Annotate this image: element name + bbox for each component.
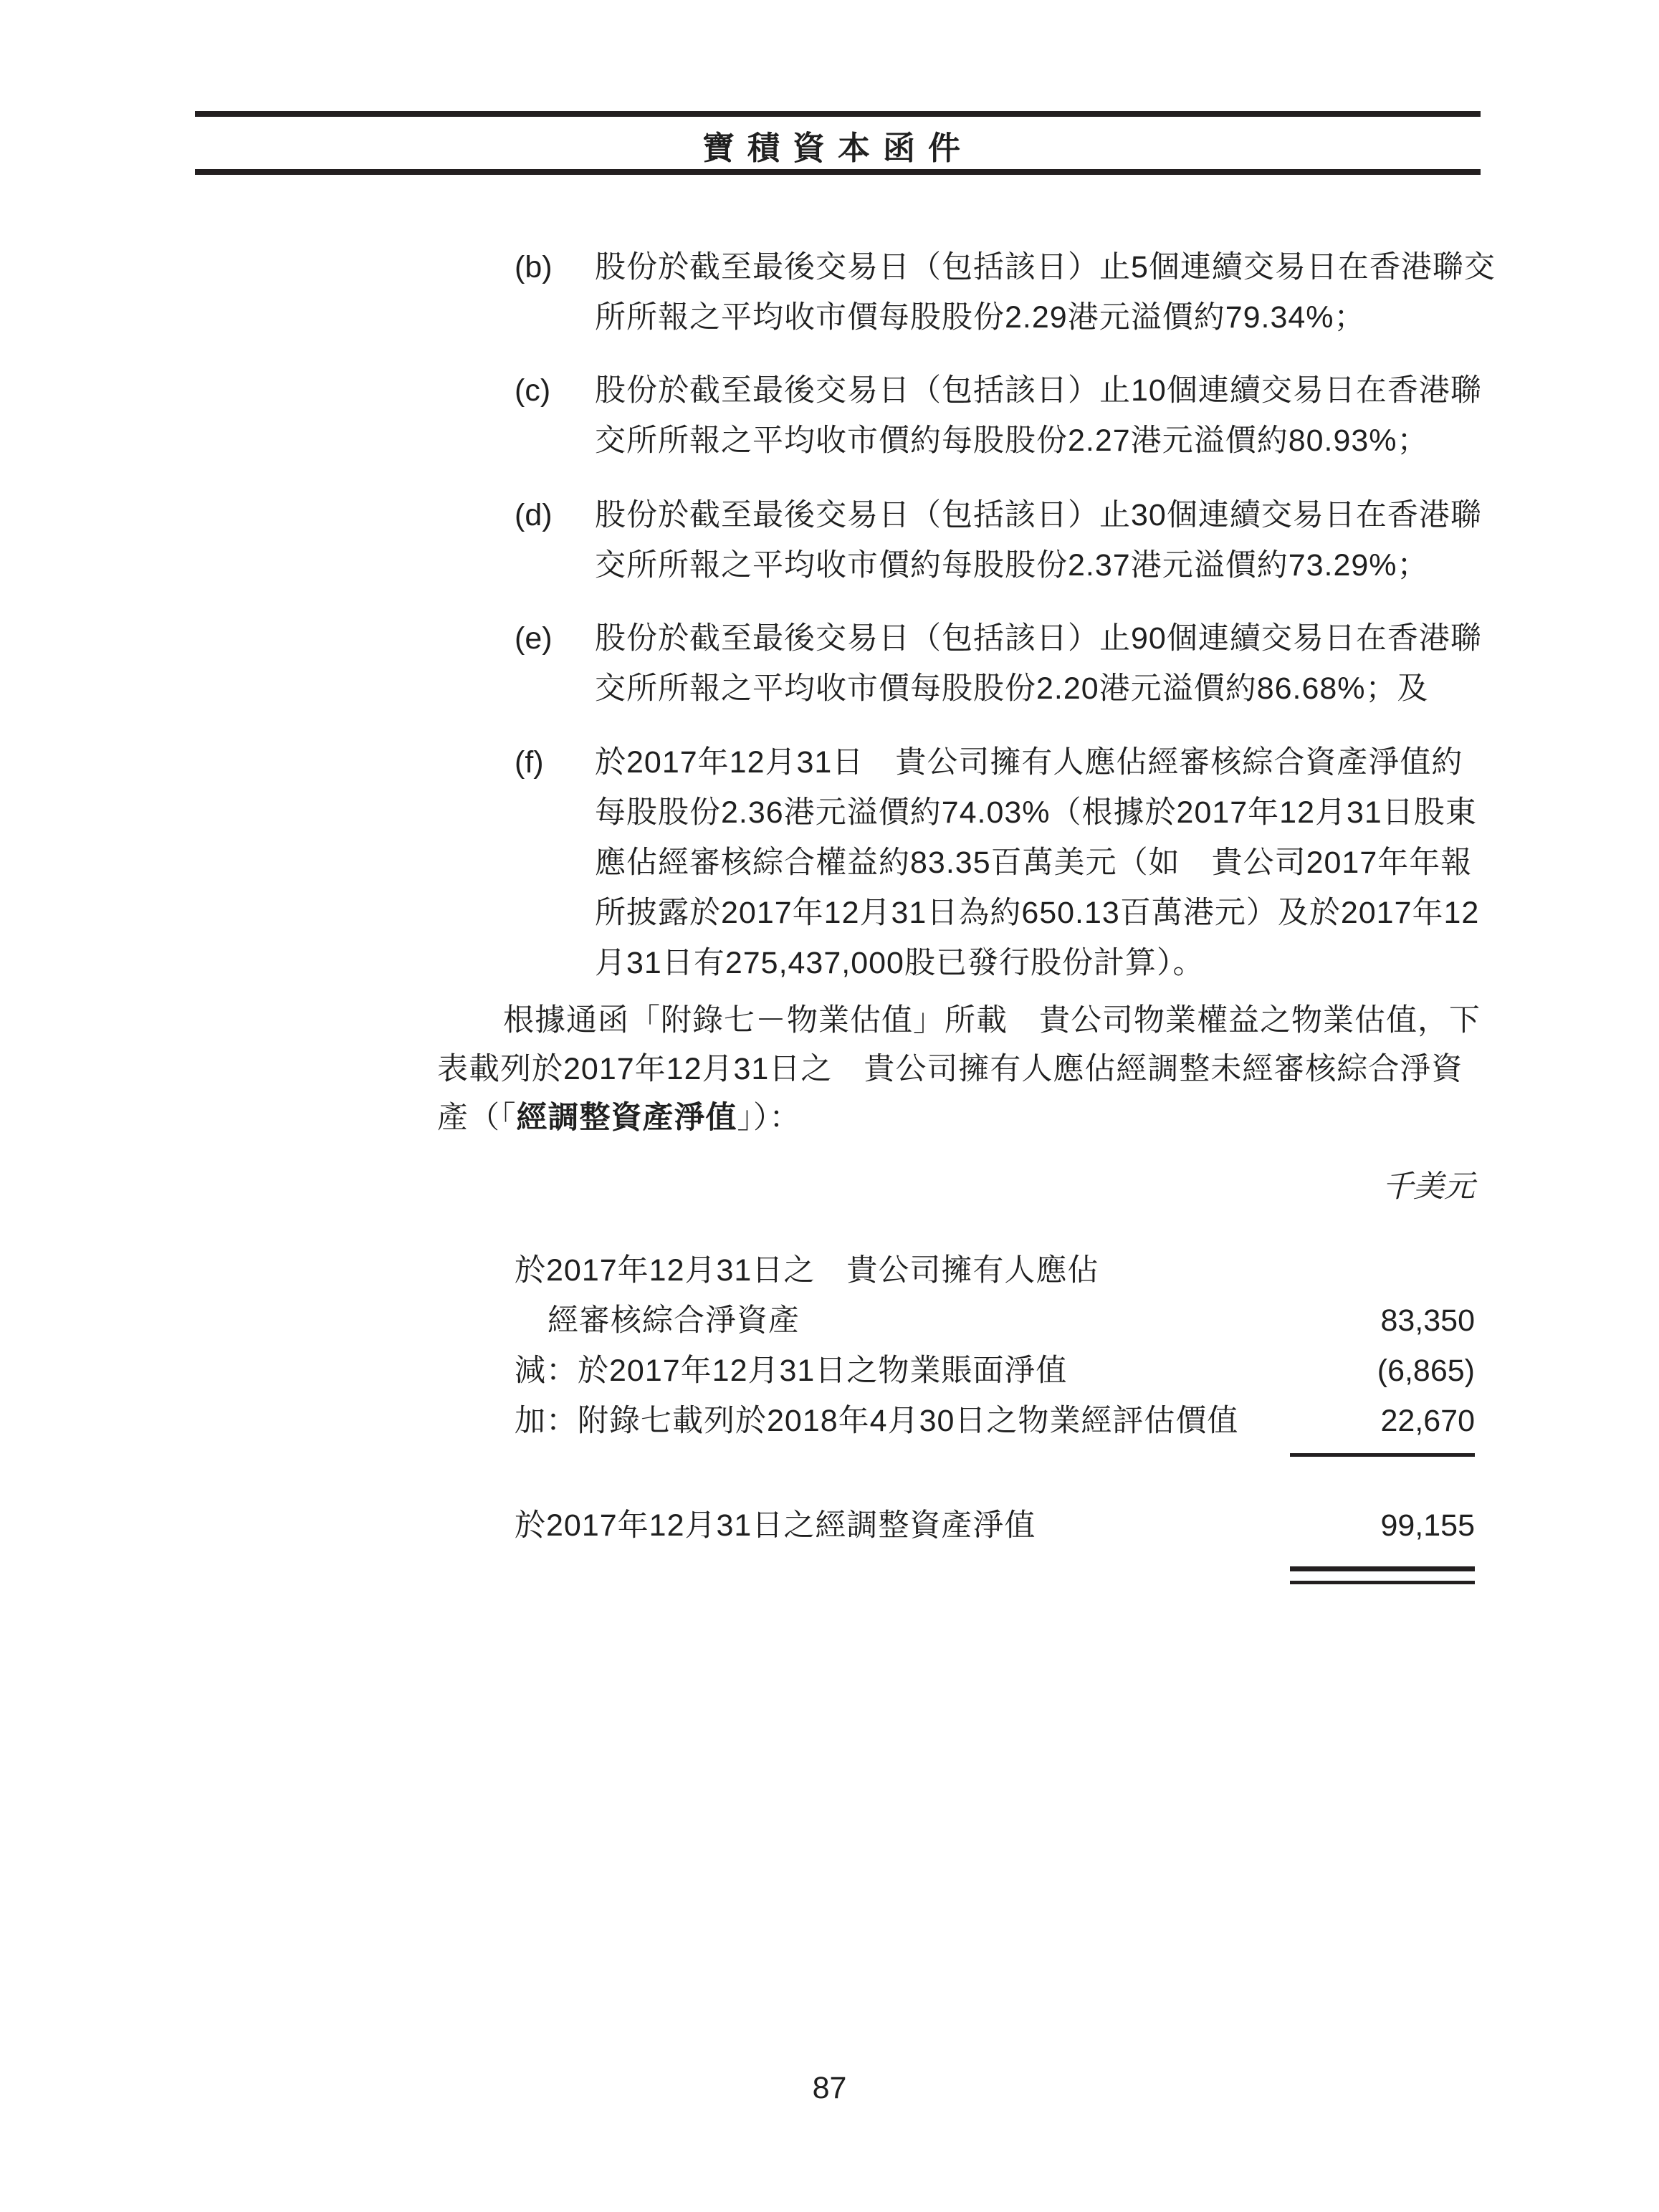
intro-paragraph-text: 」）： bbox=[737, 1101, 801, 1135]
list-item-line: 月31日有275,437,000股已發行股份計算）。 bbox=[595, 938, 1479, 988]
table-row-label: 於2017年12月31日之 貴公司擁有人應佔 bbox=[515, 1248, 1099, 1293]
list-item-line: 所披露於2017年12月31日為約650.13百萬港元）及於2017年12 bbox=[595, 888, 1479, 938]
table-row-label: 加：附錄七載列於2018年4月30日之物業經評估價值 bbox=[515, 1399, 1238, 1443]
list-item-line: 每股股份2.36港元溢價約74.03%（根據於2017年12月31日股東 bbox=[595, 787, 1479, 838]
list-item-line: 股份於截至最後交易日（包括該日）止10個連續交易日在香港聯 bbox=[595, 365, 1482, 416]
table-row-value-total: 99,155 bbox=[1218, 1503, 1475, 1548]
intro-paragraph: 根據通函「附錄七－物業估值」所載 貴公司物業權益之物業估值，下 表載列於2017… bbox=[437, 996, 1476, 1142]
table-total-double-rule-bottom bbox=[1290, 1581, 1475, 1584]
intro-paragraph-line: 根據通函「附錄七－物業估值」所載 貴公司物業權益之物業估值，下 bbox=[437, 996, 1476, 1045]
list-item-label: (e) bbox=[515, 613, 553, 664]
table-row-label: 減：於2017年12月31日之物業賬面淨值 bbox=[515, 1349, 1067, 1393]
table-total-double-rule-top bbox=[1290, 1566, 1475, 1571]
intro-paragraph-text: 產（「 bbox=[437, 1101, 517, 1135]
list-item-label: (b) bbox=[515, 242, 553, 292]
header-rule-bottom bbox=[195, 169, 1481, 175]
document-page: 寶積資本函件 (b) 股份於截至最後交易日（包括該日）止5個連續交易日在香港聯交… bbox=[0, 0, 1659, 2212]
list-item-line: 交所所報之平均收市價約每股股份2.37港元溢價約73.29%； bbox=[595, 540, 1482, 590]
table-row-label: 經審核綜合淨資產 bbox=[548, 1298, 800, 1343]
table-row-value: (6,865) bbox=[1218, 1349, 1475, 1393]
list-item-line: 應佔經審核綜合權益約83.35百萬美元（如 貴公司2017年年報 bbox=[595, 838, 1479, 888]
intro-paragraph-line: 表載列於2017年12月31日之 貴公司擁有人應佔經調整未經審核綜合淨資 bbox=[437, 1045, 1476, 1093]
intro-paragraph-line: 產（「經調整資產淨值」）： bbox=[437, 1093, 1476, 1142]
table-row-value: 83,350 bbox=[1218, 1298, 1475, 1343]
header-rule-top bbox=[195, 111, 1481, 117]
defined-term-bold: 經調整資產淨值 bbox=[517, 1101, 737, 1135]
table-unit-header: 千美元 bbox=[437, 1162, 1475, 1206]
page-header-title: 寶積資本函件 bbox=[195, 122, 1481, 168]
list-item-line: 於2017年12月31日 貴公司擁有人應佔經審核綜合資產淨值約 bbox=[595, 737, 1479, 787]
list-item-line: 所所報之平均收市價每股股份2.29港元溢價約79.34%； bbox=[595, 292, 1496, 343]
page-number: 87 bbox=[0, 2071, 1659, 2106]
list-item-line: 股份於截至最後交易日（包括該日）止90個連續交易日在香港聯 bbox=[595, 613, 1482, 664]
table-row-value: 22,670 bbox=[1218, 1399, 1475, 1443]
table-sum-rule bbox=[1290, 1453, 1475, 1457]
table-row-label-total: 於2017年12月31日之經調整資產淨值 bbox=[515, 1503, 1036, 1548]
list-item-line: 股份於截至最後交易日（包括該日）止30個連續交易日在香港聯 bbox=[595, 490, 1482, 540]
list-item-label: (c) bbox=[515, 365, 550, 416]
list-item-line: 交所所報之平均收市價約每股股份2.27港元溢價約80.93%； bbox=[595, 416, 1482, 466]
list-item-label: (d) bbox=[515, 490, 553, 540]
list-item-line: 交所所報之平均收市價每股股份2.20港元溢價約86.68%；及 bbox=[595, 664, 1482, 714]
list-item-line: 股份於截至最後交易日（包括該日）止5個連續交易日在香港聯交 bbox=[595, 242, 1496, 292]
list-item-label: (f) bbox=[515, 737, 544, 787]
